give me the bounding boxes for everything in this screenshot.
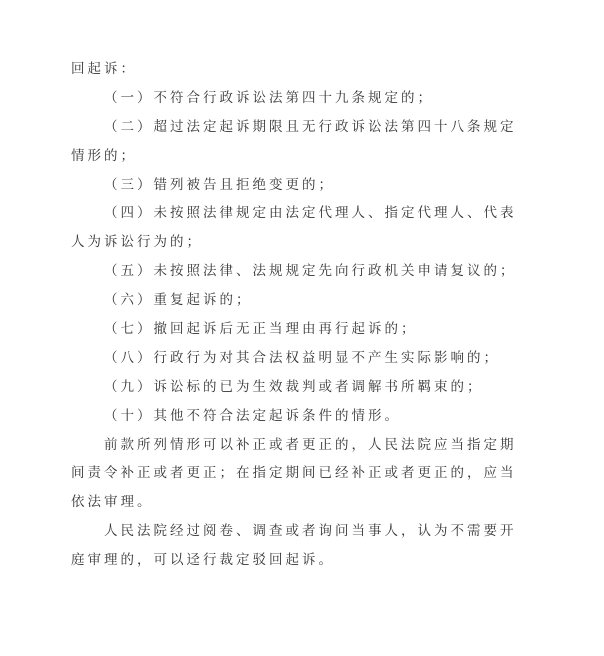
list-item-9: （九）诉讼标的已为生效裁判或者调解书所羁束的； xyxy=(71,373,531,402)
paragraph-correction-line-2: 间责令补正或者更正；在指定期间已经补正或者更正的，应当 xyxy=(71,459,531,488)
paragraph-correction: 前款所列情形可以补正或者更正的，人民法院应当指定期 xyxy=(71,431,531,460)
list-item-8: （八）行政行为对其合法权益明显不产生实际影响的； xyxy=(71,344,531,373)
list-item-10: （十）其他不符合法定起诉条件的情形。 xyxy=(71,402,531,431)
list-item-4: （四）未按照法律规定由法定代理人、指定代理人、代表 xyxy=(71,199,531,228)
paragraph-dismissal: 人民法院经过阅卷、调查或者询问当事人，认为不需要开 xyxy=(71,517,531,546)
list-item-7: （七）撤回起诉后无正当理由再行起诉的； xyxy=(71,315,531,344)
list-item-4-continuation: 人为诉讼行为的； xyxy=(71,228,531,257)
list-item-2: （二）超过法定起诉期限且无行政诉讼法第四十八条规定 xyxy=(71,113,531,142)
list-item-1: （一）不符合行政诉讼法第四十九条规定的； xyxy=(71,84,531,113)
list-item-2-continuation: 情形的； xyxy=(71,142,531,171)
list-item-3: （三）错列被告且拒绝变更的； xyxy=(71,171,531,200)
list-item-5: （五）未按照法律、法规规定先向行政机关申请复议的； xyxy=(71,257,531,286)
list-item-6: （六）重复起诉的； xyxy=(71,286,531,315)
paragraph-dismissal-line-2: 庭审理的，可以迳行裁定驳回起诉。 xyxy=(71,546,531,575)
document-page: 回起诉： （一）不符合行政诉讼法第四十九条规定的； （二）超过法定起诉期限且无行… xyxy=(71,55,531,575)
text-line-continuation: 回起诉： xyxy=(71,55,531,84)
paragraph-correction-line-3: 依法审理。 xyxy=(71,488,531,517)
